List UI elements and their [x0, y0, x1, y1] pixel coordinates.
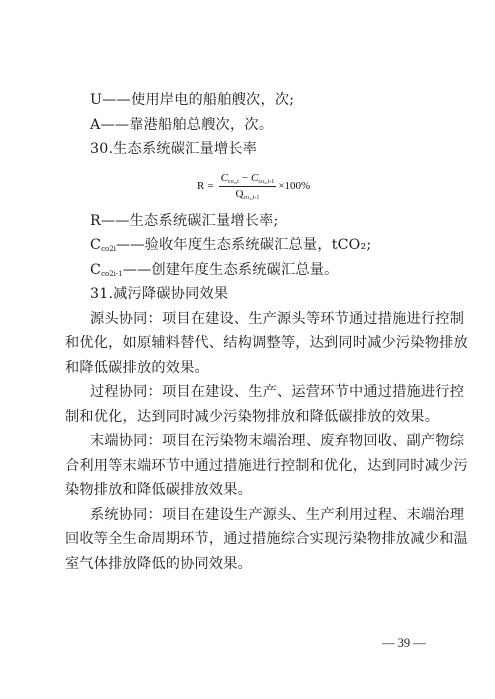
formula-factor: 100% — [285, 180, 311, 192]
definition-u: U——使用岸电的船舶艘次，次; — [90, 88, 460, 113]
formula-equals: = — [207, 180, 213, 192]
paragraph-line: 和降低碳排放的效果。 — [65, 356, 435, 381]
page-number: — 39 — — [382, 636, 426, 651]
formula-fraction: Cco₂,i−Cco₂,i-1 Qco₂,i-1 — [219, 172, 277, 201]
formula-lhs: R — [197, 180, 204, 192]
numerator-c-sub: co₂,i — [228, 179, 239, 185]
paragraph-line: 染物排放和降低碳排放效果。 — [65, 478, 435, 503]
paragraph-line: 室气体排放降低的协同效果。 — [65, 552, 435, 577]
paragraph-line: 源头协同：项目在建设、生产源头等环节通过措施进行控制 — [90, 307, 460, 332]
section-30-heading: 30.生态系统碳汇量增长率 — [90, 137, 460, 162]
definition-symbol: U — [90, 92, 102, 108]
definition-r: R——生态系统碳汇量增长率; — [90, 209, 460, 234]
paragraph-line: 末端协同：项目在污染物末端治理、废弃物回收、副产物综 — [90, 429, 460, 454]
em-dash: —— — [123, 262, 152, 278]
em-dash: —— — [116, 237, 145, 253]
denominator-q-sub: co₂,i-1 — [243, 195, 259, 201]
paragraph-line: 和优化，如原辅料替代、结构调整等，达到同时减少污染物排放 — [65, 331, 435, 356]
definition-subscript: co2i — [101, 245, 116, 253]
definition-symbol: C — [90, 237, 101, 253]
paragraph-line: 合利用等末端环节中通过措施进行控制和优化，达到同时减少污 — [65, 454, 435, 479]
em-dash: —— — [102, 92, 131, 108]
definition-text: 创建年度生态系统碳汇总量。 — [152, 262, 339, 278]
definition-symbol: R — [90, 213, 101, 229]
formula-numerator: Cco₂,i−Cco₂,i-1 — [219, 172, 277, 187]
growth-rate-formula: R = Cco₂,i−Cco₂,i-1 Qco₂,i-1 × 100% — [197, 168, 310, 204]
em-dash: —— — [100, 117, 129, 133]
definition-symbol: C — [90, 262, 101, 278]
definition-subscript: co2i-1 — [101, 270, 123, 278]
formula-denominator: Qco₂,i-1 — [236, 187, 260, 201]
section-31-heading: 31.减污降碳协同效果 — [90, 282, 460, 307]
definition-text: 靠港船舶总艘次，次。 — [129, 117, 273, 133]
numerator-c: C — [221, 172, 228, 184]
paragraph-line: 制和优化，达到同时减少污染物排放和降低碳排放的效果。 — [65, 405, 435, 430]
formula-minus: − — [242, 172, 248, 184]
definition-text: 验收年度生态系统碳汇总量，tCO₂; — [145, 237, 372, 253]
paragraph-line: 过程协同：项目在建设、生产、运营环节中通过措施进行控 — [90, 380, 460, 405]
definition-text: 生态系统碳汇量增长率; — [130, 213, 279, 229]
definition-text: 使用岸电的船舶艘次，次; — [131, 92, 294, 108]
definition-symbol: A — [90, 117, 100, 133]
em-dash: —— — [101, 213, 130, 229]
numerator-c-prev-sub: co₂,i-1 — [258, 179, 274, 185]
definition-a: A——靠港船舶总艘次，次。 — [90, 113, 460, 138]
paragraph-line: 回收等全生命周期环节，通过措施综合实现污染物排放减少和温 — [65, 527, 435, 552]
paragraph-line: 系统协同：项目在建设生产源头、生产利用过程、末端治理 — [90, 503, 460, 528]
